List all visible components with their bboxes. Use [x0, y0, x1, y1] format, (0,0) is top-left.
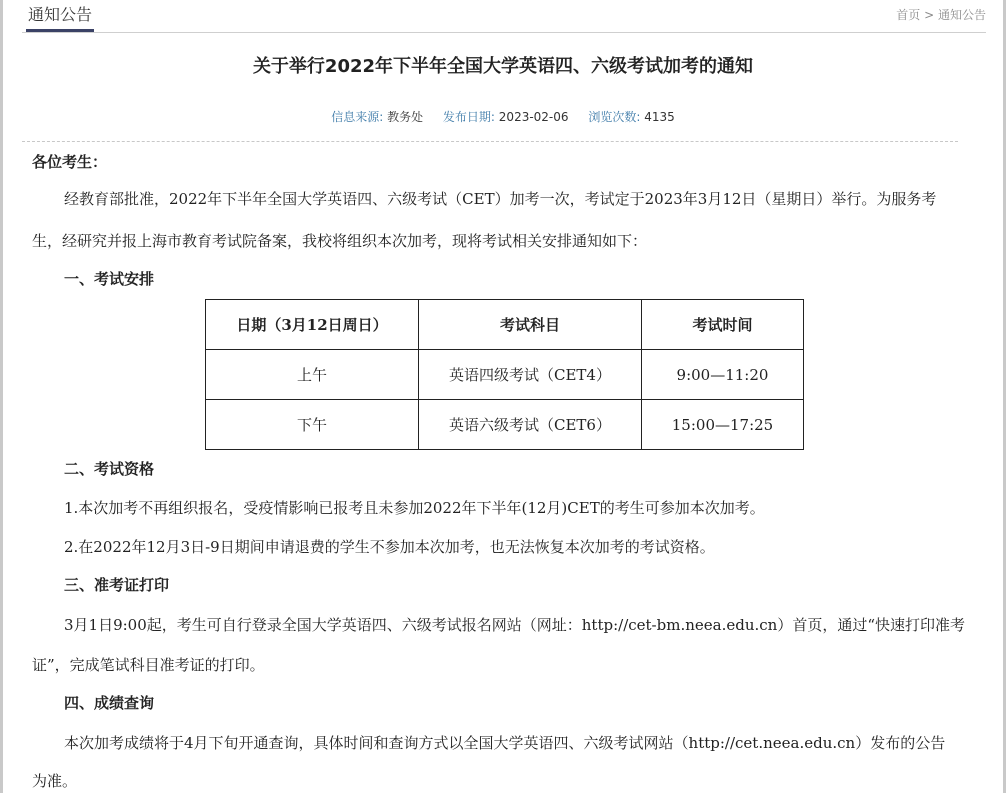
breadcrumb-current-link[interactable]: 通知公告	[938, 8, 986, 22]
article-meta: 信息来源: 教务处 发布日期: 2023-02-06 浏览次数: 4135	[0, 108, 1006, 125]
meta-views: 浏览次数: 4135	[588, 110, 674, 124]
intro-line-1: 经教育部批准，2022年下半年全国大学英语四、六级考试（CET）加考一次，考试定…	[32, 188, 972, 209]
admission-ticket-line-2: 证”，完成笔试科目准考证的打印。	[32, 654, 972, 675]
meta-views-value: 4135	[644, 110, 675, 124]
table-cell: 英语四级考试（CET4）	[419, 350, 642, 400]
eligibility-item-2: 2.在2022年12月3日-9日期间申请退费的学生不参加本次加考，也无法恢复本次…	[32, 536, 1004, 557]
top-bar: 通知公告 首页 > 通知公告	[22, 0, 986, 33]
section-heading-eligibility: 二、考试资格	[32, 458, 1004, 479]
breadcrumb-separator: >	[924, 8, 934, 22]
section-heading-admission-ticket: 三、准考证打印	[32, 574, 1004, 595]
score-query-line-2: 为准。	[32, 770, 972, 791]
table-header-cell: 考试时间	[642, 300, 804, 350]
table-cell: 英语六级考试（CET6）	[419, 400, 642, 450]
admission-ticket-line-1: 3月1日9:00起，考生可自行登录全国大学英语四、六级考试报名网站（网址：htt…	[32, 614, 972, 635]
section-heading-schedule: 一、考试安排	[32, 268, 1004, 289]
score-query-line-1: 本次加考成绩将于4月下旬开通查询，具体时间和查询方式以全国大学英语四、六级考试网…	[32, 732, 972, 753]
meta-date-value: 2023-02-06	[499, 110, 569, 124]
meta-source-value: 教务处	[387, 110, 423, 124]
table-cell: 15:00—17:25	[642, 400, 804, 450]
section-tab-notices[interactable]: 通知公告	[26, 3, 94, 32]
table-header-row: 日期（3月12日周日） 考试科目 考试时间	[206, 300, 804, 350]
meta-source: 信息来源: 教务处	[331, 110, 427, 124]
table-cell: 9:00—11:20	[642, 350, 804, 400]
greeting: 各位考生：	[32, 148, 972, 176]
meta-date: 发布日期: 2023-02-06	[443, 110, 572, 124]
meta-divider	[22, 141, 958, 142]
meta-date-label: 发布日期:	[443, 110, 495, 124]
table-header-cell: 日期（3月12日周日）	[206, 300, 419, 350]
table-row: 上午 英语四级考试（CET4） 9:00—11:20	[206, 350, 804, 400]
breadcrumb-home-link[interactable]: 首页	[896, 8, 920, 22]
article-title: 关于举行2022年下半年全国大学英语四、六级考试加考的通知	[0, 52, 1006, 78]
schedule-table: 日期（3月12日周日） 考试科目 考试时间 上午 英语四级考试（CET4） 9:…	[205, 299, 804, 450]
meta-views-label: 浏览次数:	[588, 110, 640, 124]
section-heading-score-query: 四、成绩查询	[32, 692, 1004, 713]
table-header-cell: 考试科目	[419, 300, 642, 350]
meta-source-label: 信息来源:	[331, 110, 383, 124]
breadcrumb: 首页 > 通知公告	[896, 6, 986, 23]
table-cell: 下午	[206, 400, 419, 450]
table-cell: 上午	[206, 350, 419, 400]
eligibility-item-1: 1.本次加考不再组织报名，受疫情影响已报考且未参加2022年下半年(12月)CE…	[32, 497, 1004, 518]
intro-line-2: 生，经研究并报上海市教育考试院备案，我校将组织本次加考，现将考试相关安排通知如下…	[32, 230, 972, 251]
table-row: 下午 英语六级考试（CET6） 15:00—17:25	[206, 400, 804, 450]
